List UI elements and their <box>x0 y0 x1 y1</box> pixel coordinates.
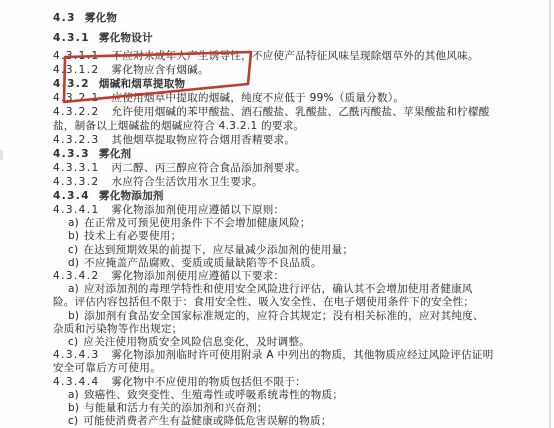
scan-artifact-speck <box>0 150 3 160</box>
clause-text: 不应掩盖产品腐败、变质或质量缺陷等不良品质。 <box>84 257 322 269</box>
doc-line: c)可能使消费者产生有益健康或降低危害误解的物质； <box>68 415 332 427</box>
doc-line: 4.3.1雾化物设计 <box>53 32 153 44</box>
clause-number: 4.3.1.2 <box>53 64 100 76</box>
clause-text: 丙二醇、丙三醇应符合食品添加剂要求。 <box>112 162 306 174</box>
clause-text: 杂质和污染物等作出规定； <box>53 323 183 335</box>
clause-text: 雾化物添加剂使用应遵循以下要求： <box>112 270 285 282</box>
doc-line: b)技术上有必要使用； <box>68 230 181 242</box>
clause-text: 应使用烟草中提取的烟碱，纯度不应低于 99%（质量分数）。 <box>112 92 405 104</box>
clause-text: 致癌性、致突变性、生殖毒性或呼吸系统毒性的物质； <box>84 389 343 401</box>
doc-line: 4.3.2.3其他烟草提取物应符合烟用香精要求。 <box>53 134 295 146</box>
doc-line: a)致癌性、致突变性、生殖毒性或呼吸系统毒性的物质； <box>68 389 343 401</box>
clause-text: 雾化物添加剂临时许可使用附录 A 中列出的物质，其他物质应经过风险评估证明 <box>112 349 494 361</box>
doc-line: 盐，制备以上烟碱盐的烟碱应符合 4.3.2.1 的要求。 <box>53 120 304 132</box>
item-marker: c) <box>68 244 78 256</box>
doc-line: 4.3.4.1雾化物添加剂使用应遵循以下原则： <box>53 204 284 216</box>
clause-text: 雾化物设计 <box>99 32 153 44</box>
doc-line: 4.3.2.1应使用烟草中提取的烟碱，纯度不应低于 99%（质量分数）。 <box>53 92 404 104</box>
clause-text: 雾化物应含有烟碱。 <box>112 64 209 76</box>
doc-line: 4.3.2.2允许使用烟碱的苯甲酸盐、酒石酸盐、乳酸盐、乙酰丙酸盐、苹果酸盐和柠… <box>53 106 490 118</box>
item-marker: a) <box>68 389 79 401</box>
clause-number: 4.3 <box>53 12 76 24</box>
clause-text: 雾化物 <box>85 12 117 24</box>
doc-line: 4.3.4.2雾化物添加剂使用应遵循以下要求： <box>53 270 284 282</box>
clause-text: 烟碱和烟草提取物 <box>99 78 185 90</box>
clause-text: 险。评估内容包括但不限于：食用安全性、吸入安全性、在电子烟使用条件下的安全性； <box>53 296 474 308</box>
scan-artifact-right-edge <box>549 0 551 428</box>
clause-number: 4.3.4.1 <box>53 204 100 216</box>
clause-text: 允许使用烟碱的苯甲酸盐、酒石酸盐、乳酸盐、乙酰丙酸盐、苹果酸盐和柠檬酸 <box>112 106 490 118</box>
doc-line: c)在达到预期效果的前提下，应尽量减少添加剂的使用量； <box>68 244 353 256</box>
item-marker: b) <box>68 402 79 414</box>
clause-text: 添加剂有食品安全国家标准规定的，应符合其规定；没有相关标准的，应对其纯度、 <box>84 310 484 322</box>
doc-line: 4.3.1.1不应对未成年人产生诱导性，不应使产品特征风味呈现除烟草外的其他风味… <box>53 50 479 62</box>
clause-number: 4.3.2.2 <box>53 106 100 118</box>
clause-number: 4.3.4.4 <box>53 376 100 388</box>
clause-text: 雾化物添加剂使用应遵循以下原则： <box>112 204 285 216</box>
doc-line: a)应对添加剂的毒理学特性和使用安全风险进行评估，确认其不会增加使用者健康风 <box>68 283 473 295</box>
doc-line: 4.3.4.3雾化物添加剂临时许可使用附录 A 中列出的物质，其他物质应经过风险… <box>53 349 494 361</box>
document-page: 4.3雾化物4.3.1雾化物设计4.3.1.1不应对未成年人产生诱导性，不应使产… <box>0 0 554 428</box>
clause-text: 其他烟草提取物应符合烟用香精要求。 <box>112 134 296 146</box>
clause-text: 可能使消费者产生有益健康或降低危害误解的物质； <box>83 415 331 427</box>
doc-line: 4.3.2烟碱和烟草提取物 <box>53 78 185 90</box>
clause-text: 雾化物添加剂 <box>99 190 164 202</box>
doc-line: 4.3.3.1丙二醇、丙三醇应符合食品添加剂要求。 <box>53 162 306 174</box>
clause-number: 4.3.2 <box>53 78 90 90</box>
item-marker: c) <box>68 336 78 348</box>
clause-number: 4.3.2.3 <box>53 134 100 146</box>
clause-text: 雾化物中不应使用的物质包括但不限于： <box>112 376 306 388</box>
clause-number: 4.3.4.3 <box>53 349 100 361</box>
item-marker: c) <box>68 415 78 427</box>
doc-line: 4.3雾化物 <box>53 12 117 24</box>
clause-text: 盐，制备以上烟碱盐的烟碱应符合 4.3.2.1 的要求。 <box>53 120 304 132</box>
clause-text: 与能量和活力有关的添加剂和兴奋剂； <box>84 402 268 414</box>
clause-text: 在达到预期效果的前提下，应尽量减少添加剂的使用量； <box>83 244 353 256</box>
clause-number: 4.3.2.1 <box>53 92 100 104</box>
item-marker: b) <box>68 230 79 242</box>
doc-line: b)添加剂有食品安全国家标准规定的，应符合其规定；没有相关标准的，应对其纯度、 <box>68 310 484 322</box>
doc-line: 4.3.4雾化物添加剂 <box>53 190 164 202</box>
clause-number: 4.3.4.2 <box>53 270 100 282</box>
clause-number: 4.3.3.2 <box>53 176 100 188</box>
doc-line: 安全可靠后方可使用。 <box>53 362 161 374</box>
clause-text: 应关注使用物质安全风险信息变化，及时调整。 <box>83 336 310 348</box>
doc-line: 4.3.3雾化剂 <box>53 148 131 160</box>
doc-line: d)不应掩盖产品腐败、变质或质量缺陷等不良品质。 <box>68 257 322 269</box>
clause-text: 不应对未成年人产生诱导性，不应使产品特征风味呈现除烟草外的其他风味。 <box>112 50 479 62</box>
clause-text: 安全可靠后方可使用。 <box>53 362 161 374</box>
doc-line: 杂质和污染物等作出规定； <box>53 323 183 335</box>
item-marker: a) <box>68 283 79 295</box>
doc-line: 4.3.3.2水应符合生活饮用水卫生要求。 <box>53 176 263 188</box>
item-marker: a) <box>68 217 79 229</box>
item-marker: b) <box>68 310 79 322</box>
clause-number: 4.3.1.1 <box>53 50 100 62</box>
clause-number: 4.3.1 <box>53 32 90 44</box>
doc-line: c)应关注使用物质安全风险信息变化，及时调整。 <box>68 336 310 348</box>
clause-text: 水应符合生活饮用水卫生要求。 <box>112 176 263 188</box>
doc-line: 险。评估内容包括但不限于：食用安全性、吸入安全性、在电子烟使用条件下的安全性； <box>53 296 474 308</box>
clause-text: 技术上有必要使用； <box>84 230 181 242</box>
item-marker: d) <box>68 257 79 269</box>
doc-line: 4.3.4.4雾化物中不应使用的物质包括但不限于： <box>53 376 306 388</box>
clause-text: 在正常及可预见使用条件下不会增加健康风险； <box>84 217 311 229</box>
doc-line: 4.3.1.2雾化物应含有烟碱。 <box>53 64 209 76</box>
clause-text: 应对添加剂的毒理学特性和使用安全风险进行评估，确认其不会增加使用者健康风 <box>84 283 473 295</box>
doc-line: b)与能量和活力有关的添加剂和兴奋剂； <box>68 402 268 414</box>
clause-number: 4.3.4 <box>53 190 90 202</box>
clause-number: 4.3.3.1 <box>53 162 100 174</box>
doc-line: a)在正常及可预见使用条件下不会增加健康风险； <box>68 217 311 229</box>
clause-number: 4.3.3 <box>53 148 90 160</box>
clause-text: 雾化剂 <box>99 148 131 160</box>
